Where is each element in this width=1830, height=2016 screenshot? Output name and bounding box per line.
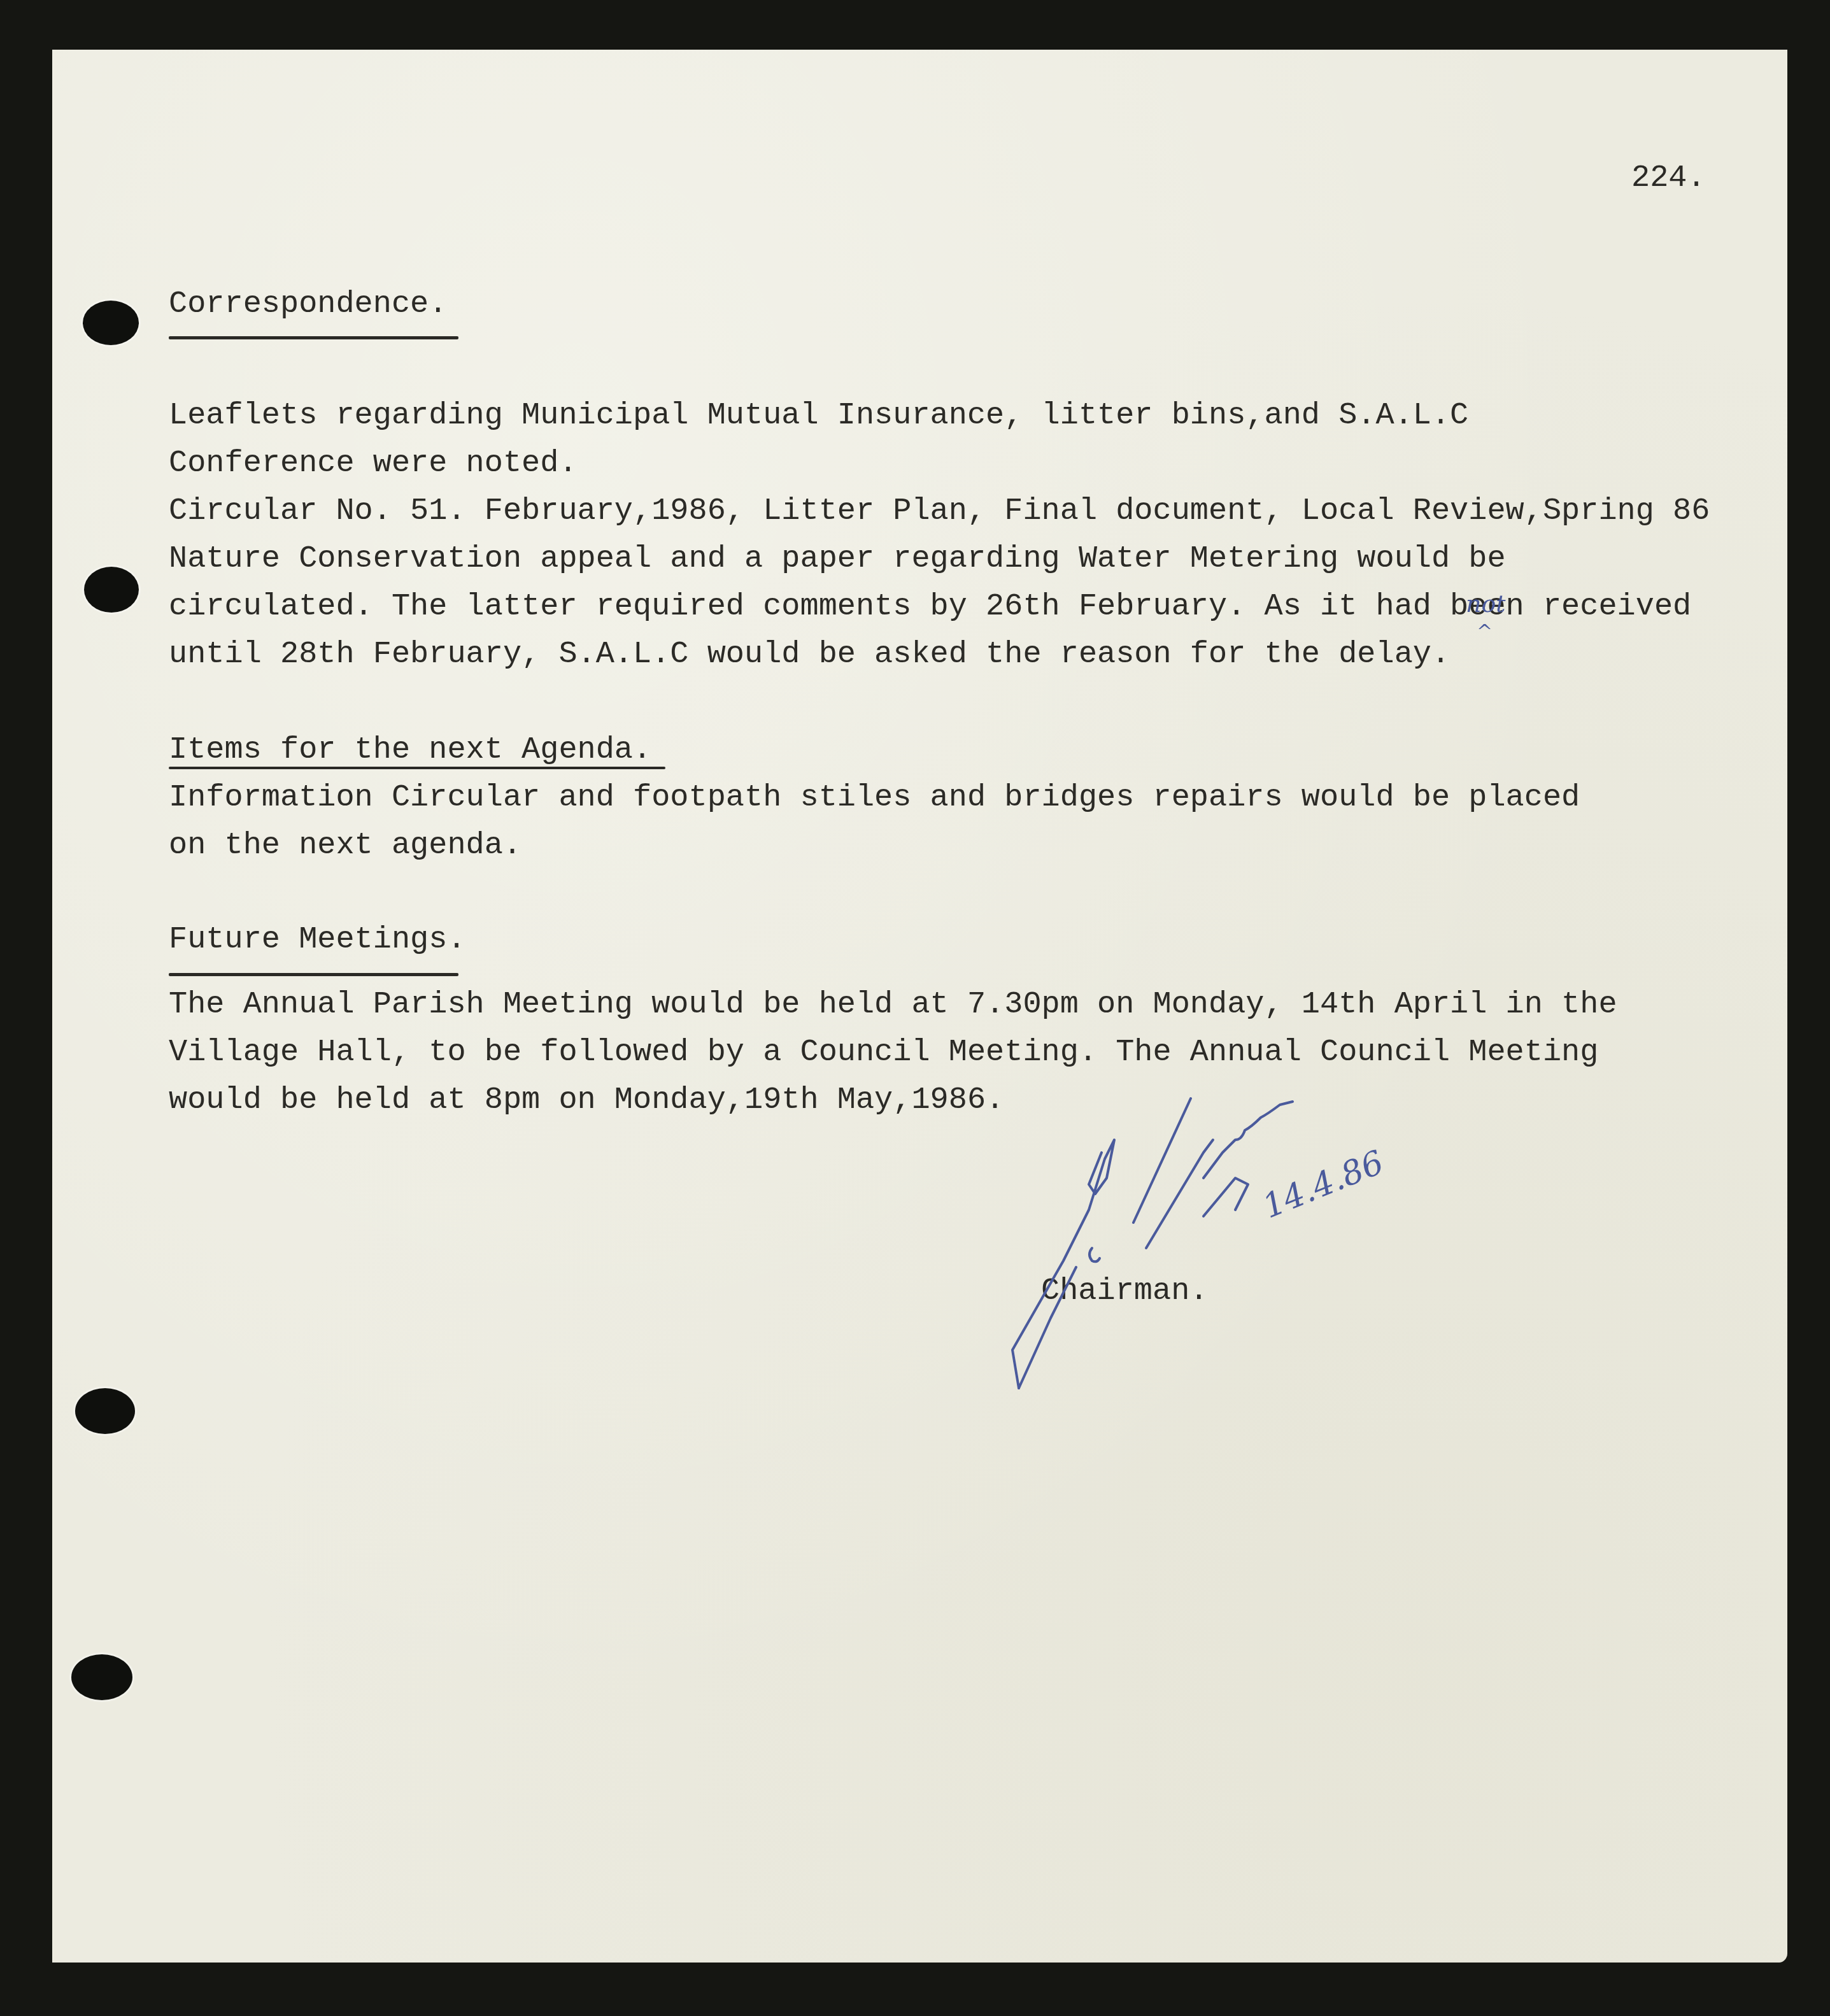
agenda-line-2: on the next agenda. xyxy=(169,827,521,865)
page-number: 224. xyxy=(1631,159,1706,197)
punch-hole xyxy=(84,567,139,613)
handwritten-insert-not: not xyxy=(1466,591,1506,616)
meetings-line-3: would be held at 8pm on Monday,19th May,… xyxy=(169,1081,1004,1119)
punch-hole xyxy=(71,1654,132,1700)
section-heading-future-meetings: Future Meetings. xyxy=(169,921,466,959)
agenda-line-1: Information Circular and footpath stiles… xyxy=(169,779,1580,817)
caret-mark-icon: ^ xyxy=(1477,623,1493,642)
correspondence-line-1: Leaflets regarding Municipal Mutual Insu… xyxy=(169,397,1468,435)
heading-underline xyxy=(169,336,458,339)
punch-hole xyxy=(75,1388,135,1434)
section-heading-correspondence: Correspondence. xyxy=(169,285,447,323)
punch-hole xyxy=(83,301,139,345)
meetings-line-2: Village Hall, to be followed by a Counci… xyxy=(169,1033,1598,1072)
heading-underline xyxy=(169,973,458,976)
heading-underline xyxy=(169,767,665,769)
correspondence-line-3: Circular No. 51. February,1986, Litter P… xyxy=(169,492,1710,530)
correspondence-line-5: circulated. The latter required comments… xyxy=(169,588,1691,626)
correspondence-line-6: until 28th February, S.A.L.C would be as… xyxy=(169,635,1450,674)
document-page: 224. Correspondence. Leaflets regarding … xyxy=(52,50,1787,1963)
correspondence-line-2: Conference were noted. xyxy=(169,444,578,483)
meetings-line-1: The Annual Parish Meeting would be held … xyxy=(169,986,1617,1024)
correspondence-line-4: Nature Conservation appeal and a paper r… xyxy=(169,540,1506,578)
section-heading-agenda: Items for the next Agenda. xyxy=(169,731,651,769)
signature-icon xyxy=(993,1083,1452,1414)
